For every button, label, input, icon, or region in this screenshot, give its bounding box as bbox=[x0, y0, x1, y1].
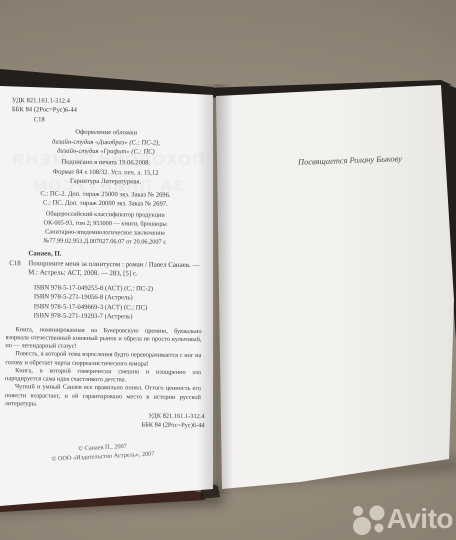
print-run-2: С.: ПС. Доп. тираж 20000 экз. Заказ № 26… bbox=[0, 198, 212, 210]
classifier-block: Общероссийский классификатор продукции О… bbox=[0, 210, 212, 247]
print-run-block: С.: ПС-2. Доп. тираж 25000 экз. Заказ № … bbox=[0, 189, 212, 210]
annotation-paragraph: Книга, в которой гомерически смешно и из… bbox=[5, 367, 201, 385]
isbn-block: ISBN 978-5-17-049255-8 (АСТ) (С.: ПС-2) … bbox=[34, 283, 211, 323]
annotation-block: Книга, номинированная на Букеровскую пре… bbox=[5, 326, 202, 410]
annotation-paragraph: Книга, номинированная на Букеровскую пре… bbox=[5, 326, 201, 353]
catalog-entry: Санаев, П. С18 Похороните меня за плинту… bbox=[0, 249, 211, 279]
catalog-description: Похороните меня за плинтусом : роман / П… bbox=[28, 259, 204, 280]
annotation-paragraph: Повесть, в которой тема взросления будто… bbox=[5, 351, 201, 369]
design-studio-2: дизайн-студия «Графит» (С.: ПС) bbox=[0, 146, 212, 158]
bbk-footer-line: ББК 84 (2Рос=Рус)6-44 bbox=[0, 419, 205, 430]
author-code: С18 bbox=[12, 115, 213, 127]
print-typeface: Гарнитура Литературная. bbox=[0, 176, 212, 188]
classifier-line-4: №77.99.02.953.Д.007027.06.07 от 20.06.20… bbox=[0, 237, 212, 248]
cover-design-credits: Оформление обложки дизайн-студия «Дикобр… bbox=[0, 127, 213, 157]
imprint-page-content: УДК 821.161.1-312.4 ББК 84 (2Рос=Рус)6-4… bbox=[0, 96, 213, 462]
avito-watermark-label: Avito bbox=[387, 505, 453, 533]
catalog-code: С18 bbox=[0, 259, 28, 278]
book-gutter-shadow bbox=[197, 84, 233, 494]
isbn-line: ISBN 978-5-271-19293-7 (Астрель) bbox=[34, 312, 211, 323]
avito-watermark: Avito bbox=[349, 502, 453, 536]
print-info-block: Подписано в печать 19.06.2008. Формат 84… bbox=[0, 157, 212, 187]
annotation-paragraph: Чуткий и умный Санаев все правильно поня… bbox=[5, 383, 201, 410]
udk-footer-block: УДК 821.161.1-312.4 ББК 84 (2Рос=Рус)6-4… bbox=[0, 410, 205, 430]
avito-logo-icon bbox=[349, 502, 386, 536]
udk-header-block: УДК 821.161.1-312.4 ББК 84 (2Рос=Рус)6-4… bbox=[12, 96, 213, 126]
book-photo: ПОХОРОНИТЕ МЕНЯ ЗА ПЛИНТУСОМ УДК 821.161… bbox=[0, 0, 456, 540]
